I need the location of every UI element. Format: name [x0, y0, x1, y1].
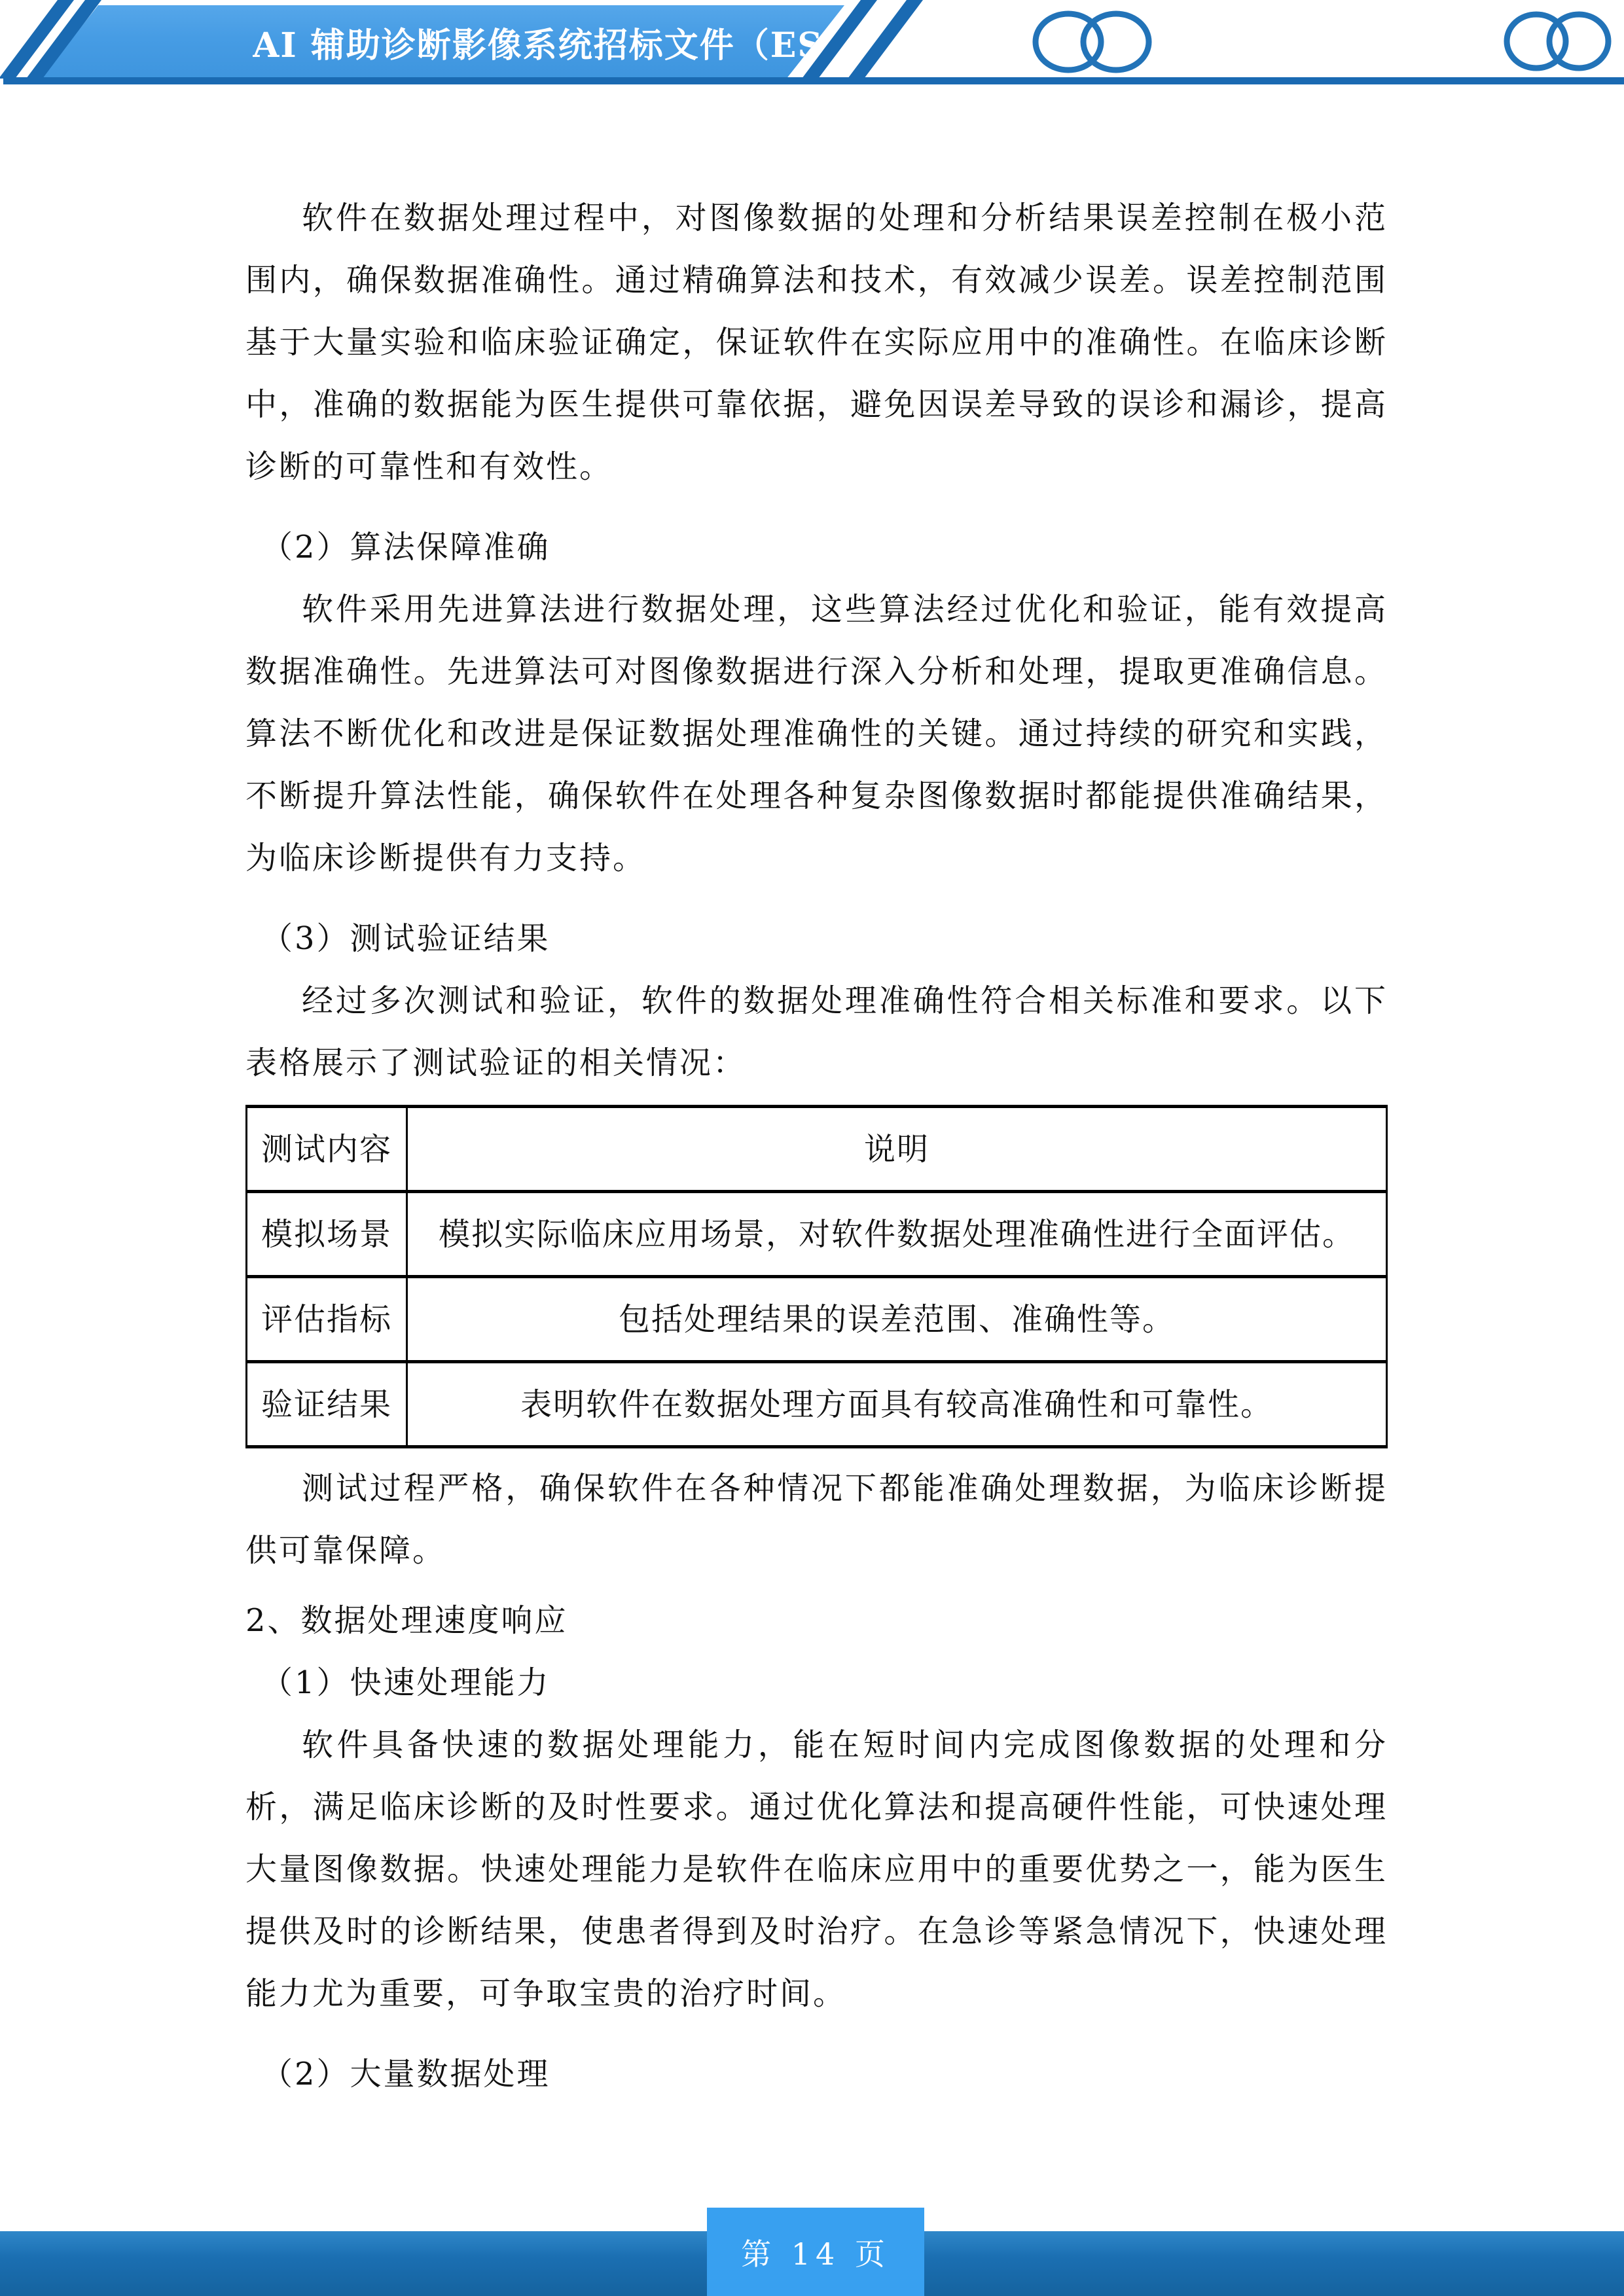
document-page: AI 辅助诊断影像系统招标文件（ESZCZQ-C-P 软件在数据处理过程中，对图… [0, 0, 1624, 2296]
paragraph-line: 软件在数据处理过程中，对图像数据的处理和分析结果误差控制在极小范 [245, 187, 1388, 249]
paragraph-line: 大量图像数据。快速处理能力是软件在临床应用中的重要优势之一，能为医生 [245, 1839, 1388, 1901]
test-verification-table: 测试内容说明模拟场景模拟实际临床应用场景，对软件数据处理准确性进行全面评估。评估… [245, 1105, 1388, 1448]
paragraph-line: 测试过程严格，确保软件在各种情况下都能准确处理数据，为临床诊断提 [245, 1458, 1388, 1520]
paragraph-line: 数据准确性。先进算法可对图像数据进行深入分析和处理，提取更准确信息。 [245, 641, 1388, 703]
paragraph-line: 能力尤为重要，可争取宝贵的治疗时间。 [245, 1963, 1388, 2025]
table-header-cell: 说明 [407, 1107, 1387, 1192]
paragraph-line: 为临床诊断提供有力支持。 [245, 827, 1388, 889]
paragraph: 软件具备快速的数据处理能力，能在短时间内完成图像数据的处理和分析，满足临床诊断的… [245, 1714, 1388, 2025]
table-row: 模拟场景模拟实际临床应用场景，对软件数据处理准确性进行全面评估。 [247, 1192, 1387, 1277]
page-number-label: 第 14 页 [741, 2231, 890, 2274]
paragraph-line: 经过多次测试和验证，软件的数据处理准确性符合相关标准和要求。以下 [245, 970, 1388, 1032]
section-heading: 2、数据处理速度响应 [245, 1590, 1388, 1652]
section-heading: （1）快速处理能力 [261, 1652, 1388, 1714]
paragraph-line: 基于大量实验和临床验证确定，保证软件在实际应用中的准确性。在临床诊断 [245, 312, 1388, 374]
paragraph-line: 诊断的可靠性和有效性。 [245, 436, 1388, 498]
paragraph: 软件采用先进算法进行数据处理，这些算法经过优化和验证，能有效提高数据准确性。先进… [245, 579, 1388, 889]
table-row: 验证结果表明软件在数据处理方面具有较高准确性和可靠性。 [247, 1362, 1387, 1447]
section-heading: （2）大量数据处理 [261, 2043, 1388, 2106]
table-cell: 评估指标 [247, 1277, 407, 1362]
paragraph-line: 围内，确保数据准确性。通过精确算法和技术，有效减少误差。误差控制范围 [245, 249, 1388, 312]
table-cell: 模拟场景 [247, 1192, 407, 1277]
table-cell: 包括处理结果的误差范围、准确性等。 [407, 1277, 1387, 1362]
page-number-badge: 第 14 页 [707, 2208, 924, 2296]
table-cell: 模拟实际临床应用场景，对软件数据处理准确性进行全面评估。 [407, 1192, 1387, 1277]
paragraph-line: 析，满足临床诊断的及时性要求。通过优化算法和提高硬件性能，可快速处理 [245, 1776, 1388, 1839]
table-cell: 验证结果 [247, 1362, 407, 1447]
paragraph: 软件在数据处理过程中，对图像数据的处理和分析结果误差控制在极小范围内，确保数据准… [245, 187, 1388, 498]
table-cell: 表明软件在数据处理方面具有较高准确性和可靠性。 [407, 1362, 1387, 1447]
document-body: 软件在数据处理过程中，对图像数据的处理和分析结果误差控制在极小范围内，确保数据准… [245, 187, 1388, 2106]
paragraph-line: 软件采用先进算法进行数据处理，这些算法经过优化和验证，能有效提高 [245, 579, 1388, 641]
paragraph: 测试过程严格，确保软件在各种情况下都能准确处理数据，为临床诊断提供可靠保障。 [245, 1458, 1388, 1582]
interlocked-rings-icon [1507, 14, 1608, 68]
paragraph-line: 算法不断优化和改进是保证数据处理准确性的关键。通过持续的研究和实践， [245, 703, 1388, 765]
paragraph-line: 不断提升算法性能，确保软件在处理各种复杂图像数据时都能提供准确结果， [245, 765, 1388, 827]
paragraph-line: 表格展示了测试验证的相关情况： [245, 1032, 1388, 1094]
paragraph: 经过多次测试和验证，软件的数据处理准确性符合相关标准和要求。以下表格展示了测试验… [245, 970, 1388, 1094]
paragraph-line: 中，准确的数据能为医生提供可靠依据，避免因误差导致的误诊和漏诊，提高 [245, 374, 1388, 436]
paragraph-line: 软件具备快速的数据处理能力，能在短时间内完成图像数据的处理和分 [245, 1714, 1388, 1776]
interlocked-rings-icon [1036, 14, 1149, 70]
section-heading: （3）测试验证结果 [261, 908, 1388, 970]
table-row: 评估指标包括处理结果的误差范围、准确性等。 [247, 1277, 1387, 1362]
paragraph-line: 提供及时的诊断结果，使患者得到及时治疗。在急诊等紧急情况下，快速处理 [245, 1901, 1388, 1963]
header-decoration [0, 0, 1624, 92]
table-header-row: 测试内容说明 [247, 1107, 1387, 1192]
paragraph-line: 供可靠保障。 [245, 1520, 1388, 1582]
section-heading: （2）算法保障准确 [261, 516, 1388, 579]
table-header-cell: 测试内容 [247, 1107, 407, 1192]
